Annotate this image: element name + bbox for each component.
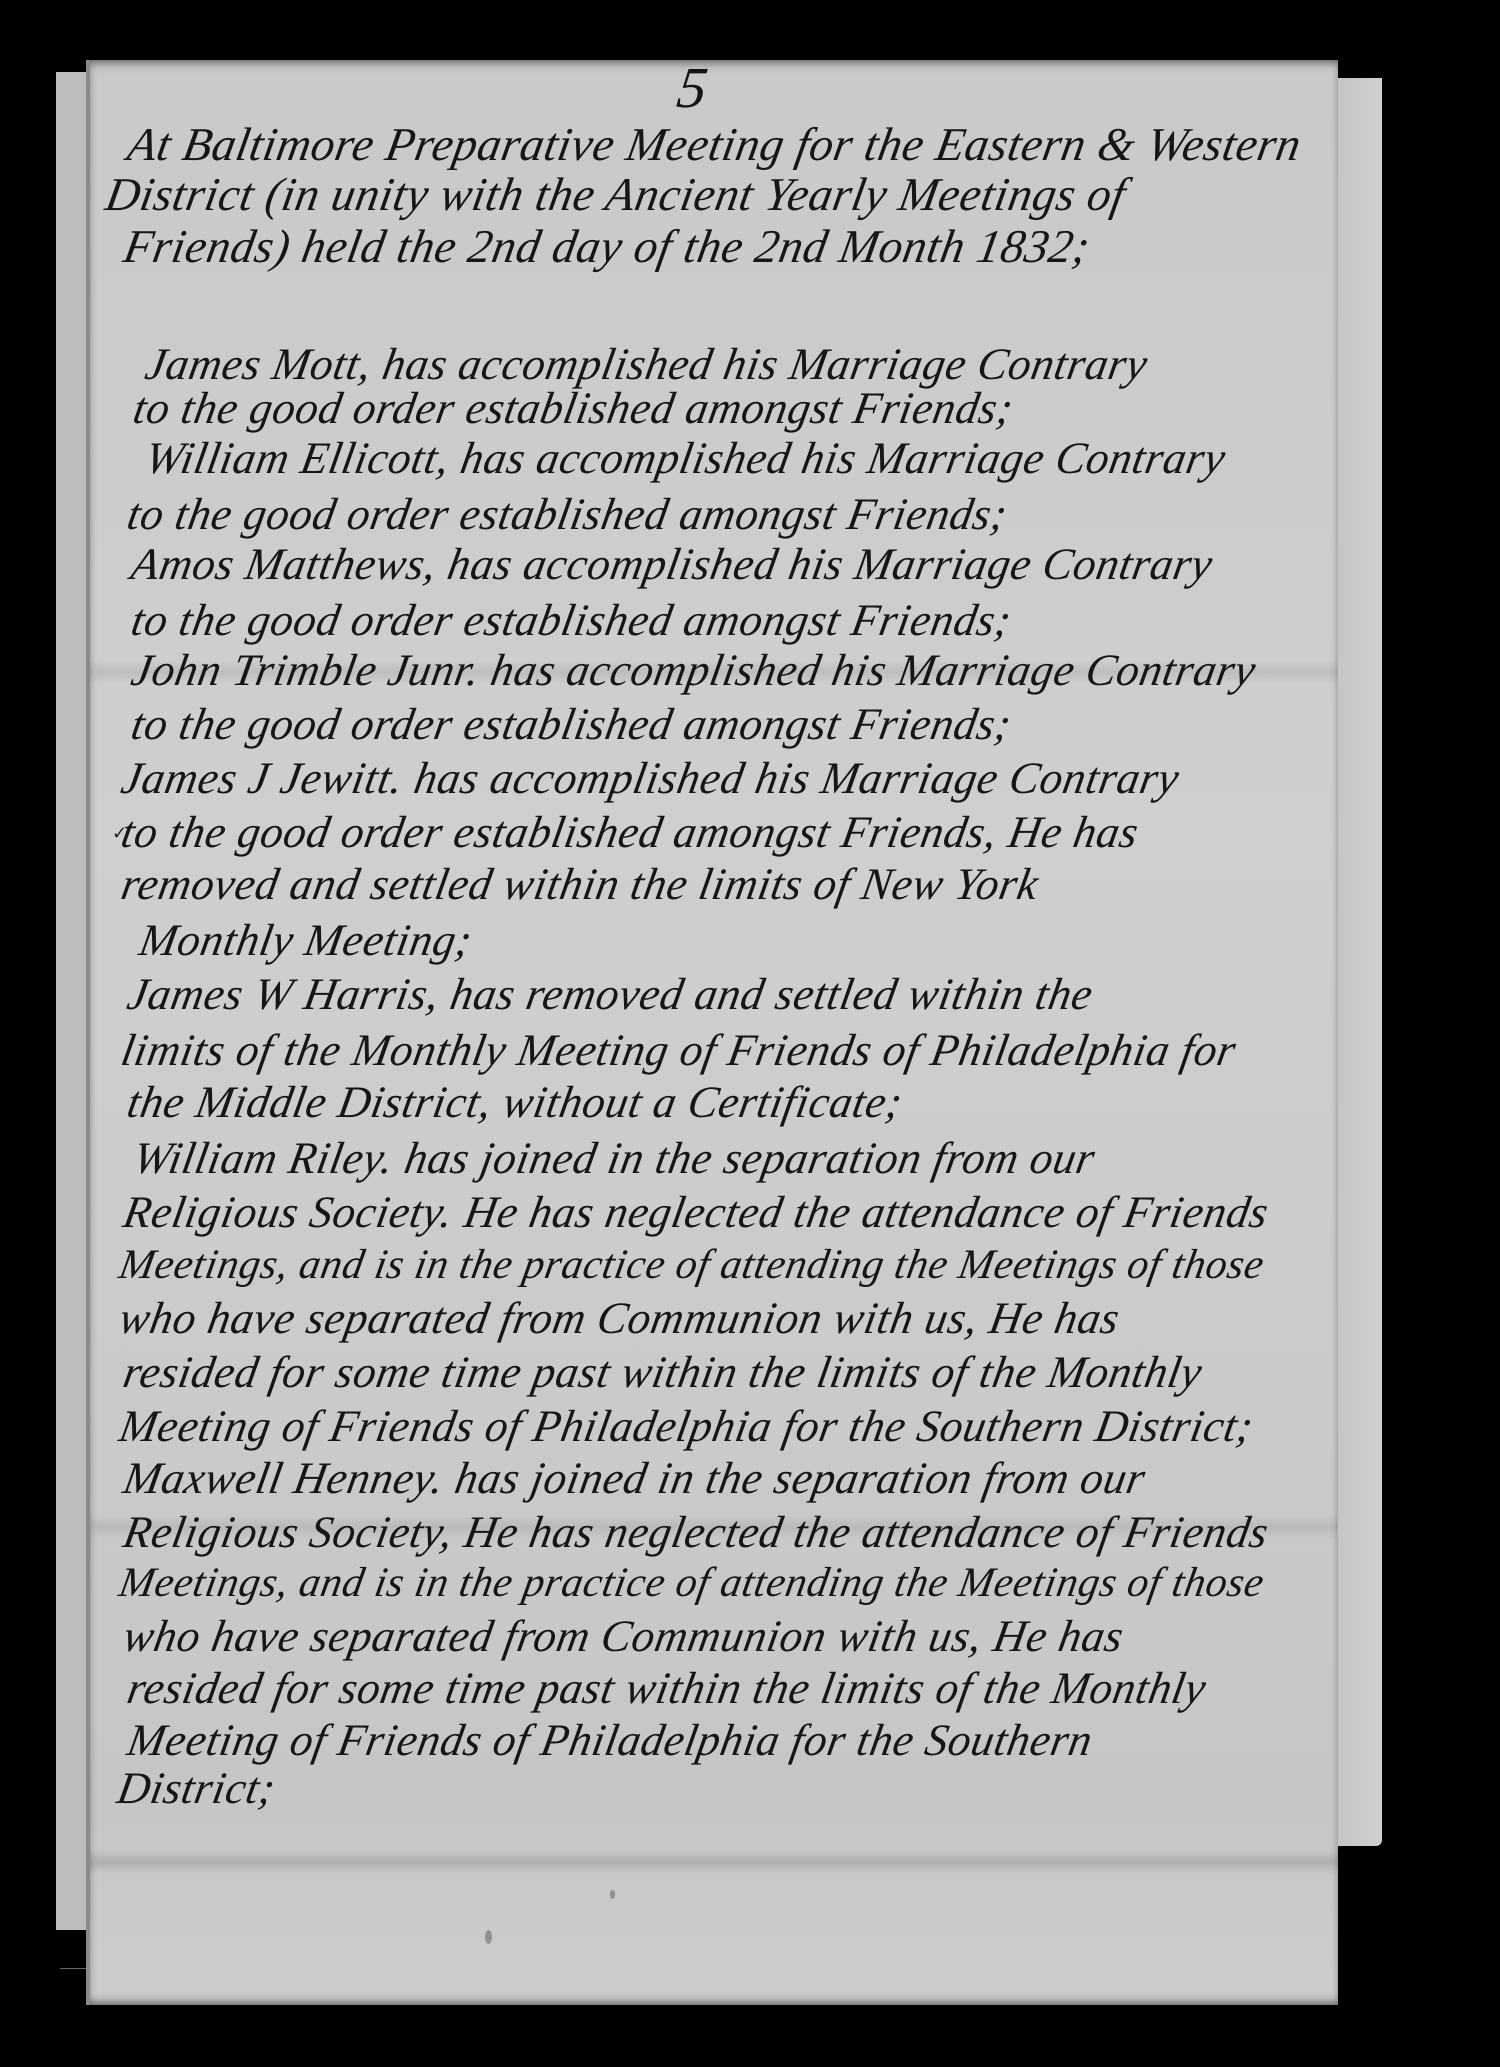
entry-line: James W Harris, has removed and settled …	[124, 972, 1096, 1017]
entry-line: limits of the Monthly Meeting of Friends…	[118, 1028, 1240, 1073]
entry-line: to the good order established amongst Fr…	[128, 702, 1015, 747]
entry-line: removed and settled within the limits of…	[118, 862, 1042, 907]
stray-mark	[60, 1968, 86, 1969]
heading-line: District (in unity with the Ancient Year…	[102, 172, 1129, 219]
ink-smudge	[485, 1930, 492, 1944]
entry-line: Religious Society, He has neglected the …	[120, 1510, 1272, 1555]
entry-line: William Riley. has joined in the separat…	[130, 1136, 1098, 1181]
entry-line: Maxwell Henney. has joined in the separa…	[120, 1456, 1149, 1501]
entry-line: Meeting of Friends of Philadelphia for t…	[124, 1718, 1096, 1763]
entry-line: John Trimble Junr. has accomplished his …	[128, 648, 1259, 693]
entry-line: to the good order established amongst Fr…	[118, 810, 1142, 855]
entry-line: who have separated from Communion with u…	[116, 1296, 1123, 1341]
ink-smudge	[610, 1890, 615, 1899]
heading-line: Friends) held the 2nd day of the 2nd Mon…	[120, 224, 1093, 271]
entry-line: to the good order established amongst Fr…	[128, 598, 1015, 643]
entry-line: Meetings, and is in the practice of atte…	[116, 1244, 1267, 1286]
entry-line: James J Jewitt. has accomplished his Mar…	[118, 756, 1183, 801]
entry-line: Meeting of Friends of Philadelphia for t…	[116, 1404, 1257, 1449]
entry-line: Meetings, and is in the practice of atte…	[116, 1562, 1267, 1604]
entry-line: the Middle District, without a Certifica…	[124, 1080, 906, 1125]
entry-line: Amos Matthews, has accomplished his Marr…	[128, 542, 1216, 587]
heading-line: At Baltimore Preparative Meeting for the…	[124, 122, 1305, 169]
manuscript-page: 5 At Baltimore Preparative Meeting for t…	[86, 60, 1338, 2005]
entry-line: resided for some time past within the li…	[120, 1350, 1206, 1395]
fold-crease	[90, 1850, 1338, 1874]
entry-line: William Ellicott, has accomplished his M…	[142, 436, 1229, 481]
entry-line: who have separated from Communion with u…	[120, 1614, 1127, 1659]
entry-line: resided for some time past within the li…	[124, 1666, 1210, 1711]
entry-line: James Mott, has accomplished his Marriag…	[142, 342, 1151, 387]
entry-line: Monthly Meeting;	[136, 918, 476, 963]
page-number: 5	[673, 54, 711, 121]
entry-line: to the good order established amongst Fr…	[130, 386, 1017, 431]
entry-line: Religious Society. He has neglected the …	[120, 1190, 1272, 1235]
entry-line: District;	[114, 1766, 279, 1811]
entry-line: to the good order established amongst Fr…	[124, 492, 1011, 537]
